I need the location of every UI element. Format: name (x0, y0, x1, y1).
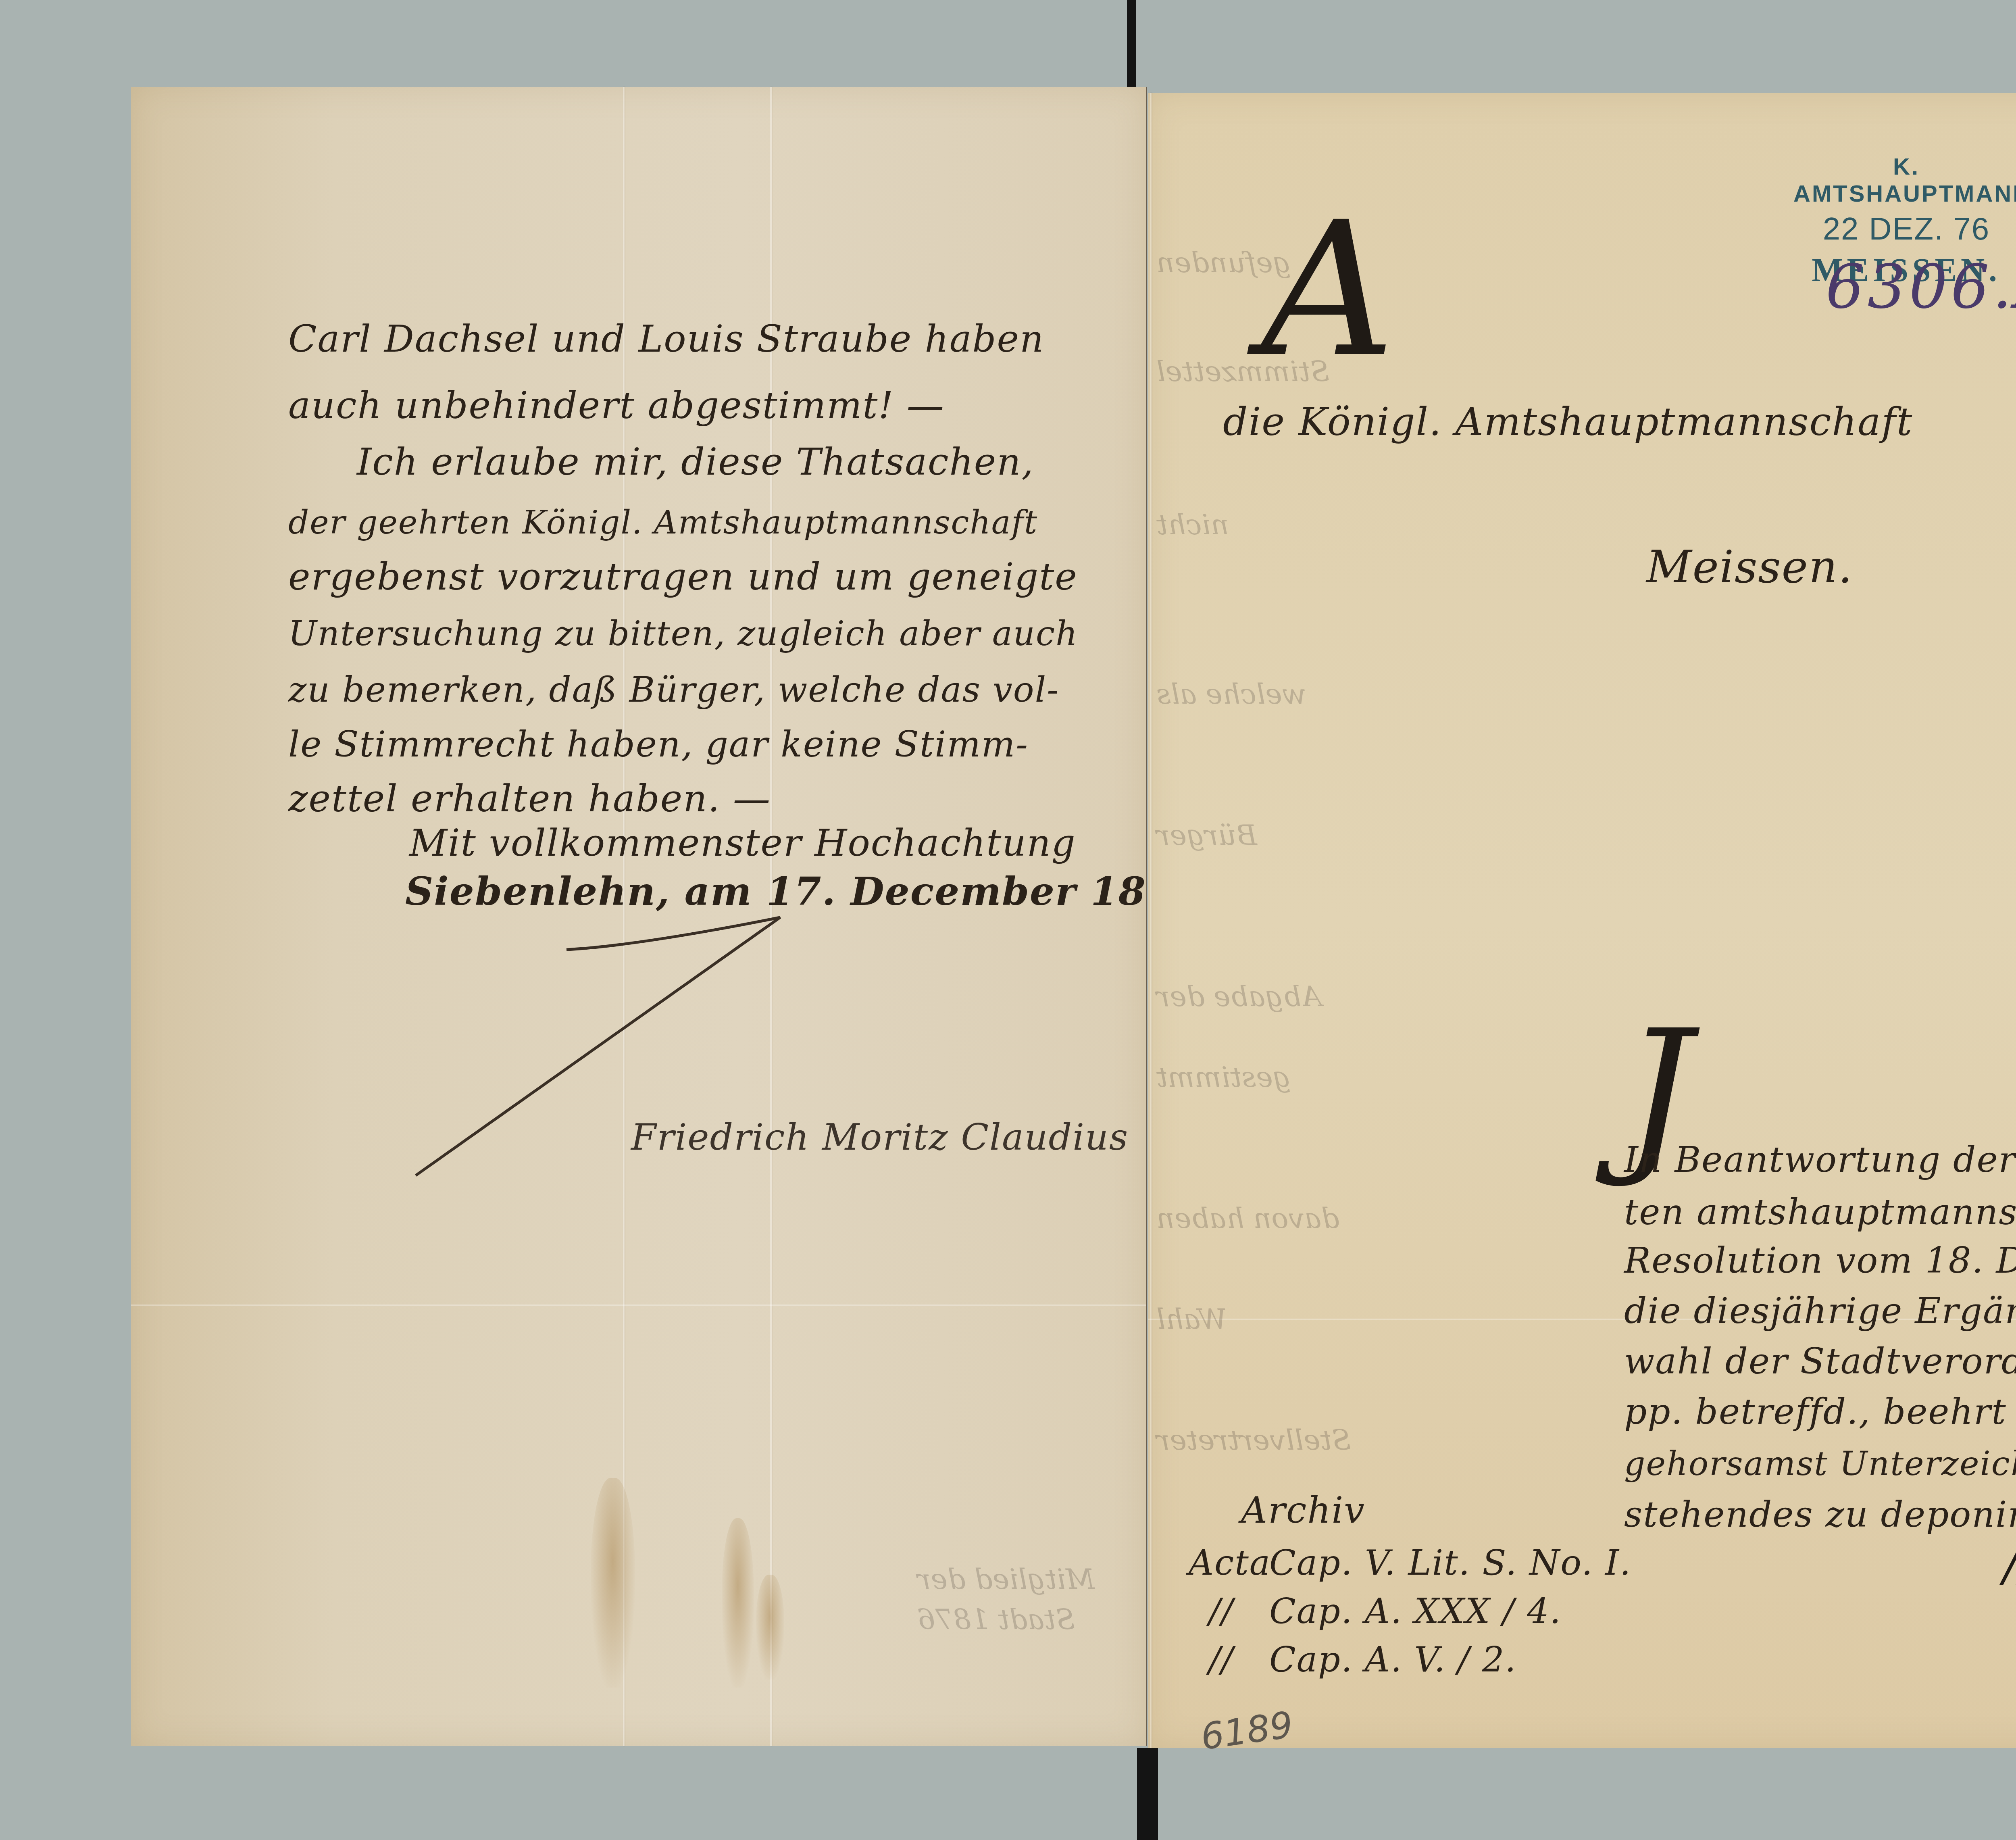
response-line-2: ten amtshauptmannschaftlichen (1624, 1194, 2016, 1231)
response-line-6: pp. betreffd., beehrt sich der (1624, 1393, 2016, 1430)
horizontal-fold (131, 1304, 1146, 1306)
filing-heading: Archiv (1241, 1492, 1365, 1529)
response-line-7: gehorsamst Unterzeichnete Nach- (1624, 1446, 2016, 1483)
ink-bleed-through: Wahl (1156, 1302, 1227, 1336)
ink-bleed-through: Stadt 1876 (917, 1603, 1075, 1636)
letter-line-5: ergebenst vorzutragen und um geneigte (288, 558, 1078, 596)
water-stain (591, 1478, 635, 1688)
response-line-8: stehendes zu deponiren: (1624, 1496, 2016, 1533)
pencil-folio-number: 6189 (1198, 1704, 1295, 1759)
letter-line-3: Ich erlaube mir, diese Thatsachen, (357, 444, 1034, 481)
letter-line-7: zu bemerken, daß Bürger, welche das vol- (288, 671, 1059, 708)
response-line-3: Resolution vom 18. Debr. c., (1624, 1242, 2016, 1279)
ink-bleed-through: Abgabe der (1156, 980, 1322, 1013)
fold-line (1150, 93, 1152, 1748)
filing-ref-2: Cap. A. XXX / 4. (1269, 1593, 1562, 1630)
recipient: die Königl. Amtshauptmannschaft (1223, 403, 1913, 440)
stamp-authority: K. AMTSHAUPTMANNSCHAFT (1793, 153, 2016, 207)
ink-bleed-through: nicht (1156, 508, 1229, 541)
water-stain (722, 1518, 754, 1688)
filing-prefix-1: Acta (1189, 1544, 1271, 1582)
ink-bleed-through: Bürger (1156, 819, 1257, 852)
recipient-city: Meissen. (1646, 548, 1853, 586)
filing-ref-3: Cap. A. V. / 2. (1269, 1641, 1517, 1678)
reference-number: 6306.A. (1826, 252, 2016, 322)
filing-prefix-3: // (1209, 1641, 1234, 1678)
filing-ref-1: Cap. V. Lit. S. No. I. (1269, 1544, 1631, 1582)
closing-phrase: Mit vollkommenster Hochachtung (409, 825, 1076, 862)
response-line-4: die diesjährige Ergänzungs- (1624, 1292, 2016, 1329)
filing-prefix-2: // (1209, 1593, 1234, 1630)
response-line-1: In Beantwortung der geehr- (1624, 1141, 2016, 1178)
letter-line-8: le Stimmrecht haben, gar keine Stimm- (288, 726, 1029, 763)
letter-line-9: zettel erhalten haben. — (288, 780, 771, 817)
letter-line-4: der geehrten Königl. Amtshauptmannschaft (288, 504, 1038, 541)
ink-bleed-through: Stellvertreter (1156, 1423, 1351, 1457)
letter-line-6: Untersuchung zu bitten, zugleich aber au… (288, 615, 1078, 652)
stamp-date: 22 DEZ. 76 (1793, 210, 2016, 247)
letter-line-1: Carl Dachsel und Louis Straube haben (288, 321, 1044, 358)
signature: Friedrich Moritz Claudius (631, 1119, 1129, 1156)
water-stain (756, 1575, 784, 1680)
left-page: Carl Dachsel und Louis Straube haben auc… (131, 87, 1147, 1746)
response-line-5: wahl der Stadtverordneten (1624, 1343, 2016, 1380)
backing-board-divider-bottom (1137, 1748, 1158, 1840)
ink-bleed-through: davon haben (1156, 1202, 1339, 1235)
ink-bleed-through: Mitglied der (917, 1563, 1095, 1596)
ink-bleed-through: gestimmt (1156, 1061, 1291, 1094)
ink-bleed-through: welche als (1156, 677, 1306, 711)
backing-board-divider-top (1127, 0, 1136, 88)
letter-line-2: auch unbehindert abgestimmt! — (288, 387, 945, 424)
right-page: gefunden Stimmzettel nicht welche als Bü… (1148, 93, 2016, 1748)
ditto-mark: // (2003, 1536, 2016, 1592)
